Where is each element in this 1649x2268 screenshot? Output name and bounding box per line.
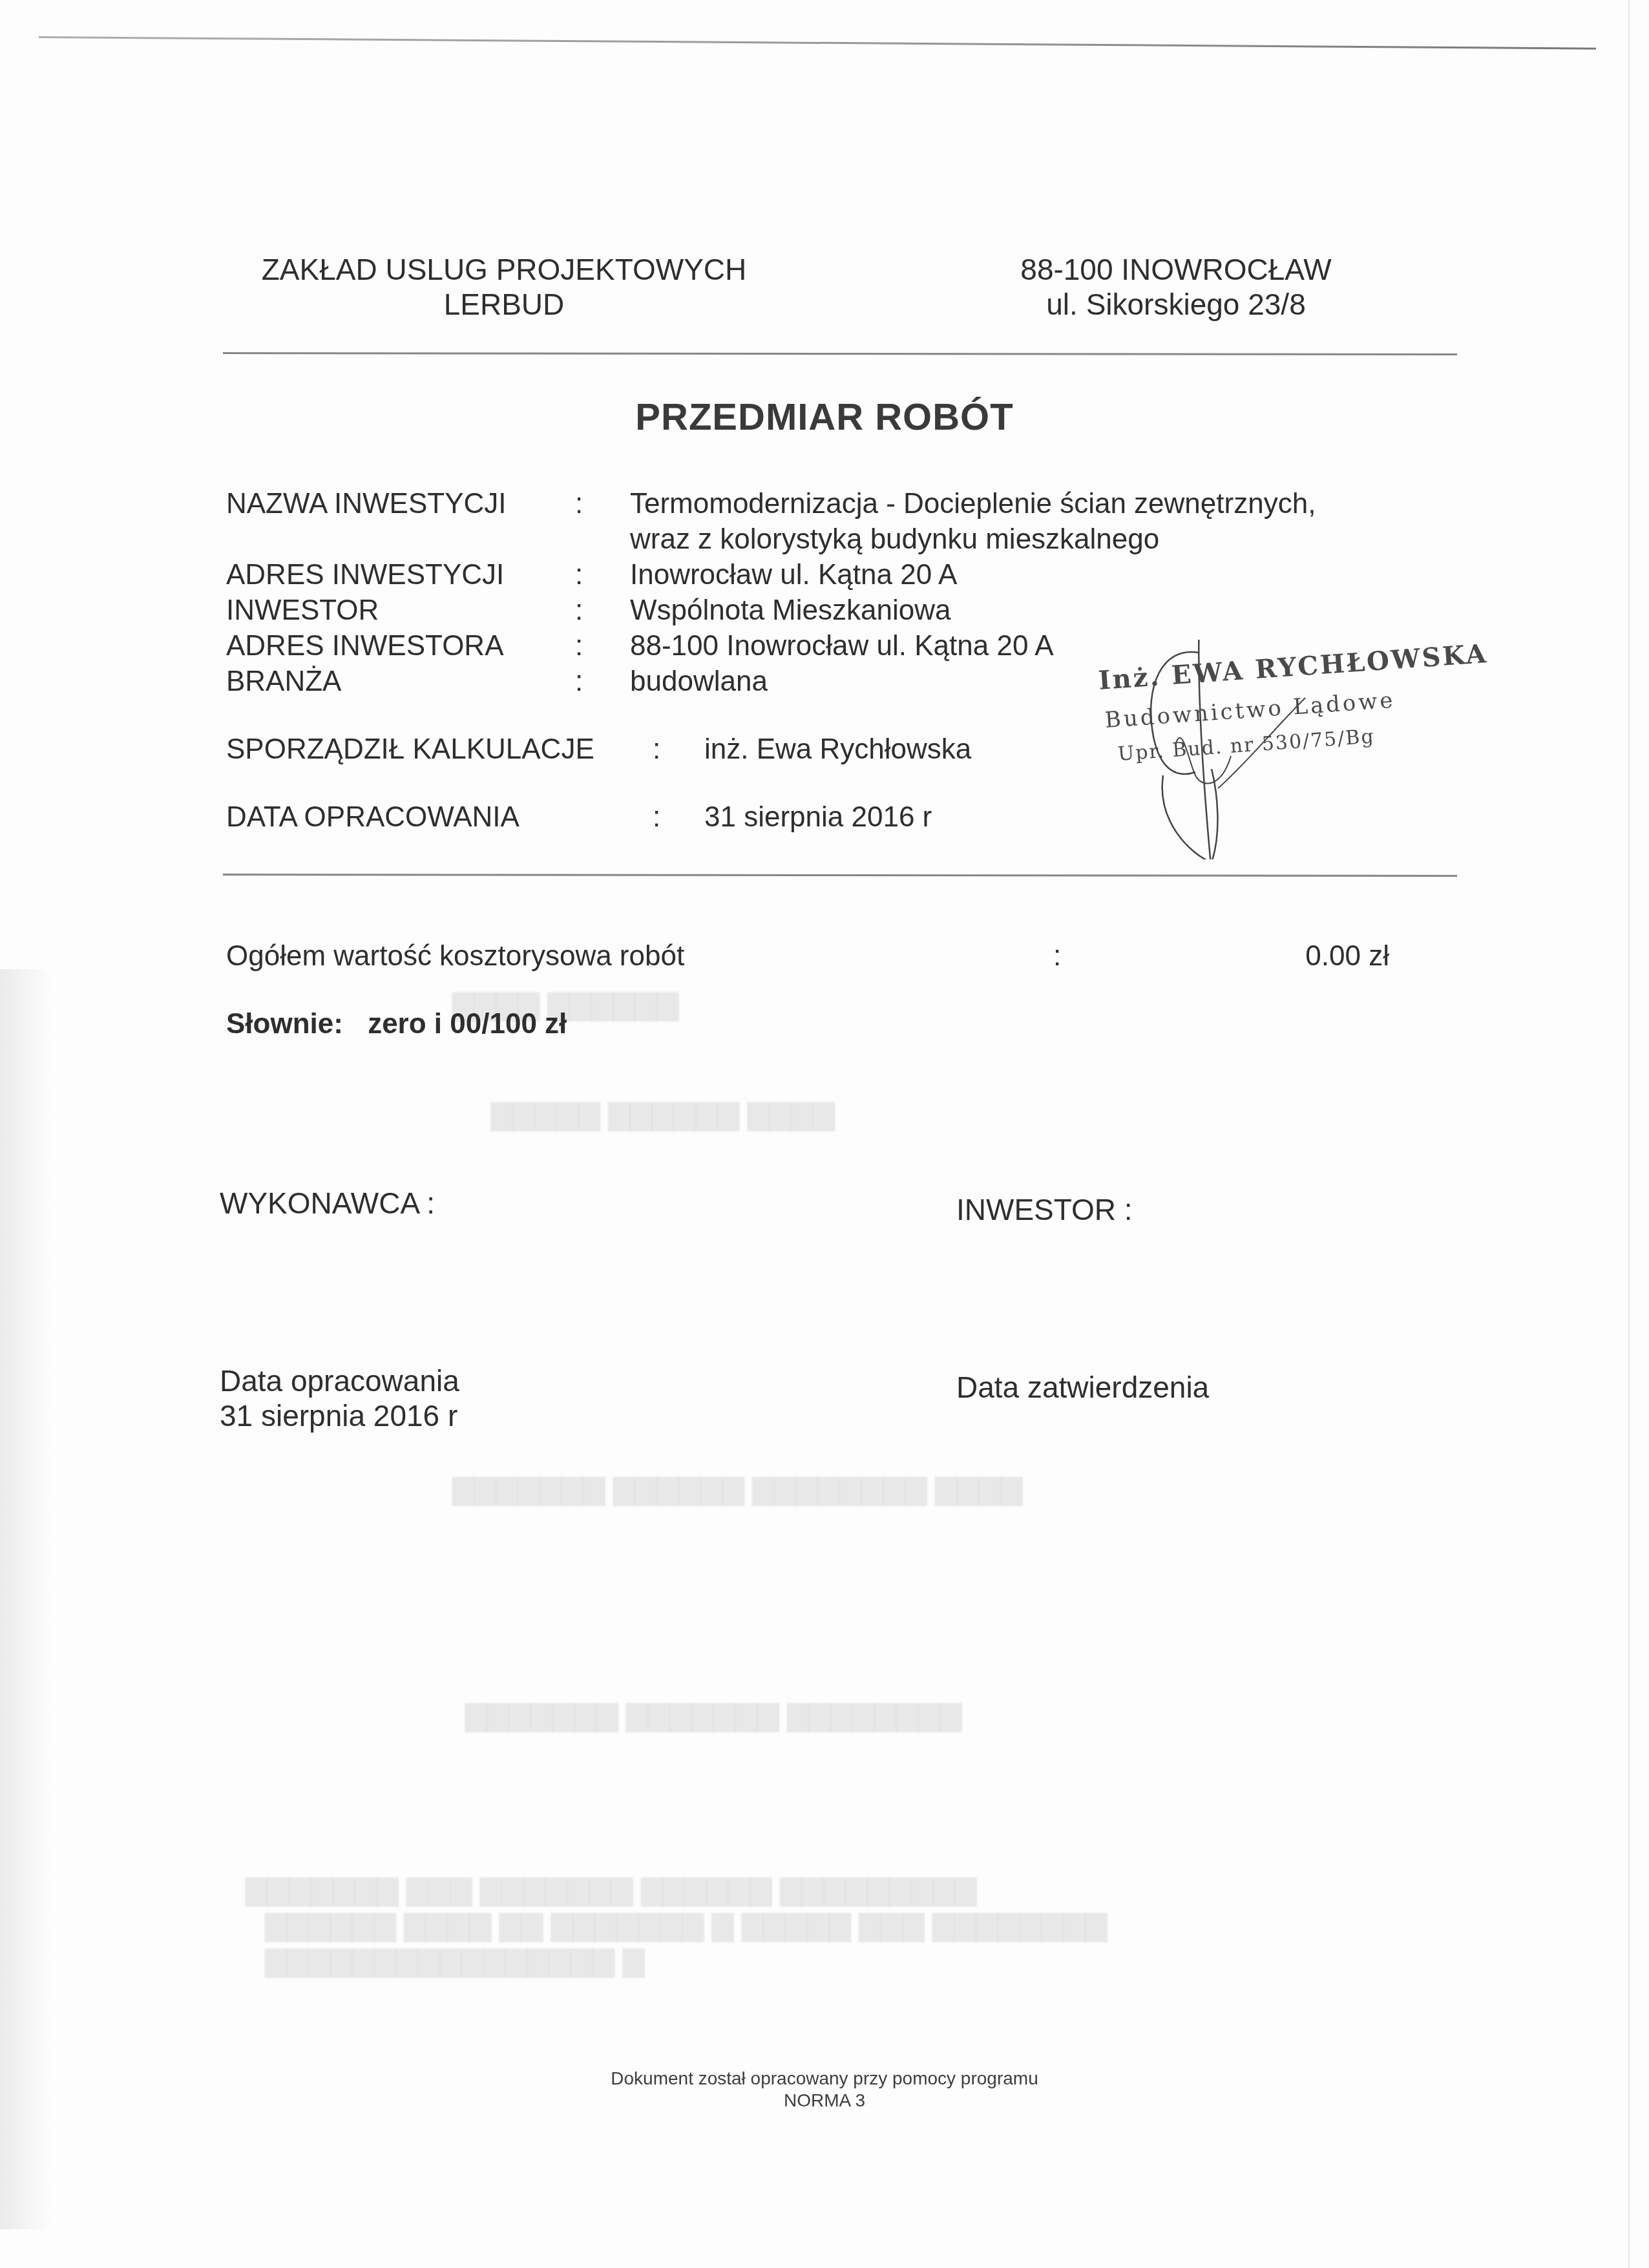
prepared-date-label: DATA OPRACOWANIA	[226, 801, 653, 834]
bleed-through-text: ▇▇▇▇▇▇ ▇▇▇▇ ▇▇ ▇▇▇▇▇▇▇ ▇ ▇▇▇▇▇ ▇▇▇ ▇▇▇▇▇…	[265, 1909, 1108, 1942]
info-value: Inowrocław ul. Kątna 20 A	[630, 557, 1438, 593]
company-name-line2: LERBUD	[239, 287, 769, 322]
prepared-date-row: DATA OPRACOWANIA : 31 sierpnia 2016 r	[226, 801, 932, 834]
preparation-date-label: Data opracowania	[220, 1363, 459, 1398]
preparation-date-block: Data opracowania 31 sierpnia 2016 r	[220, 1363, 459, 1433]
company-address-line2: ul. Sikorskiego 23/8	[1008, 287, 1344, 322]
signature-icon	[1092, 640, 1428, 859]
info-divider	[223, 874, 1457, 877]
prepared-by-row: SPORZĄDZIŁ KALKULACJE : inż. Ewa Rychłow…	[226, 733, 971, 766]
info-separator: :	[575, 628, 630, 664]
info-label: ADRES INWESTORA	[226, 628, 575, 664]
company-name: ZAKŁAD USLUG PROJEKTOWYCH LERBUD	[239, 252, 769, 322]
info-separator: :	[575, 593, 630, 628]
info-label: INWESTOR	[226, 593, 575, 628]
info-row-investment-name: NAZWA INWESTYCJI : Termomodernizacja - D…	[226, 486, 1438, 557]
scan-edge-line	[39, 36, 1596, 50]
footer-note: Dokument został opracowany przy pomocy p…	[0, 2068, 1649, 2112]
preparation-date-value: 31 sierpnia 2016 r	[220, 1398, 459, 1433]
footer-line1: Dokument został opracowany przy pomocy p…	[0, 2068, 1649, 2090]
bleed-through-text: ▇▇▇▇▇▇▇ ▇▇▇ ▇▇▇▇▇▇▇ ▇▇▇▇▇▇ ▇▇▇▇▇▇▇▇▇	[246, 1874, 977, 1907]
info-value-line: Inowrocław ul. Kątna 20 A	[630, 557, 1438, 593]
bleed-through-text: ▇▇▇▇▇▇▇ ▇▇▇▇▇▇▇ ▇▇▇▇▇▇▇▇	[465, 1699, 962, 1732]
info-label: ADRES INWESTYCJI	[226, 557, 575, 593]
total-value-label: Ogółem wartość kosztorysowa robót	[226, 940, 684, 972]
investor-signature-label: INWESTOR :	[956, 1192, 1133, 1227]
prepared-by-value: inż. Ewa Rychłowska	[704, 733, 971, 766]
info-separator: :	[653, 801, 704, 834]
footer-line2: NORMA 3	[0, 2090, 1649, 2112]
info-value: Termomodernizacja - Docieplenie ścian ze…	[630, 486, 1438, 557]
document-title: PRZEDMIAR ROBÓT	[0, 395, 1649, 439]
info-label: BRANŻA	[226, 664, 575, 699]
info-label: NAZWA INWESTYCJI	[226, 486, 575, 557]
company-address-line1: 88-100 INOWROCŁAW	[1008, 252, 1344, 287]
bleed-through-text: ▇▇▇▇▇ ▇▇▇▇▇▇ ▇▇▇▇	[491, 1098, 835, 1131]
info-value: Wspólnota Mieszkaniowa	[630, 593, 1438, 628]
amount-in-words: Słownie: zero i 00/100 zł	[226, 1008, 567, 1040]
info-separator: :	[575, 557, 630, 593]
amount-in-words-label: Słownie:	[226, 1008, 343, 1040]
amount-in-words-value: zero i 00/100 zł	[368, 1008, 567, 1040]
info-value-line: Termomodernizacja - Docieplenie ścian ze…	[630, 486, 1438, 521]
info-value-line: Wspólnota Mieszkaniowa	[630, 593, 1438, 628]
contractor-signature-label: WYKONAWCA :	[220, 1186, 435, 1221]
info-row-investor: INWESTOR : Wspólnota Mieszkaniowa	[226, 593, 1438, 628]
info-separator: :	[575, 664, 630, 699]
header-divider	[223, 352, 1457, 355]
scan-shadow	[0, 969, 52, 2229]
total-value-amount: 0.00 zł	[1228, 940, 1389, 972]
prepared-by-label: SPORZĄDZIŁ KALKULACJE	[226, 733, 653, 766]
approval-date-label: Data zatwierdzenia	[956, 1370, 1209, 1405]
company-address: 88-100 INOWROCŁAW ul. Sikorskiego 23/8	[1008, 252, 1344, 322]
total-value-separator: :	[1053, 940, 1061, 972]
info-separator: :	[653, 733, 704, 766]
info-separator: :	[575, 486, 630, 557]
prepared-date-value: 31 sierpnia 2016 r	[704, 801, 932, 834]
info-row-investment-address: ADRES INWESTYCJI : Inowrocław ul. Kątna …	[226, 557, 1438, 593]
engineer-stamp: Inż. EWA RYCHŁOWSKA Budownictwo Lądowe U…	[1092, 640, 1428, 859]
company-name-line1: ZAKŁAD USLUG PROJEKTOWYCH	[239, 252, 769, 287]
document-page: ▇▇▇▇ ▇▇▇▇▇▇ ▇▇▇▇▇ ▇▇▇▇▇▇ ▇▇▇▇ ▇▇▇▇▇▇▇ ▇▇…	[0, 0, 1649, 2268]
scan-edge	[1628, 0, 1630, 2268]
bleed-through-text: ▇▇▇▇▇▇▇ ▇▇▇▇▇▇ ▇▇▇▇▇▇▇▇ ▇▇▇▇	[452, 1473, 1023, 1506]
bleed-through-text: ▇▇▇▇▇▇▇▇▇▇▇▇▇▇▇▇ ▇	[265, 1945, 644, 1978]
info-value-line: wraz z kolorystyką budynku mieszkalnego	[630, 521, 1438, 557]
